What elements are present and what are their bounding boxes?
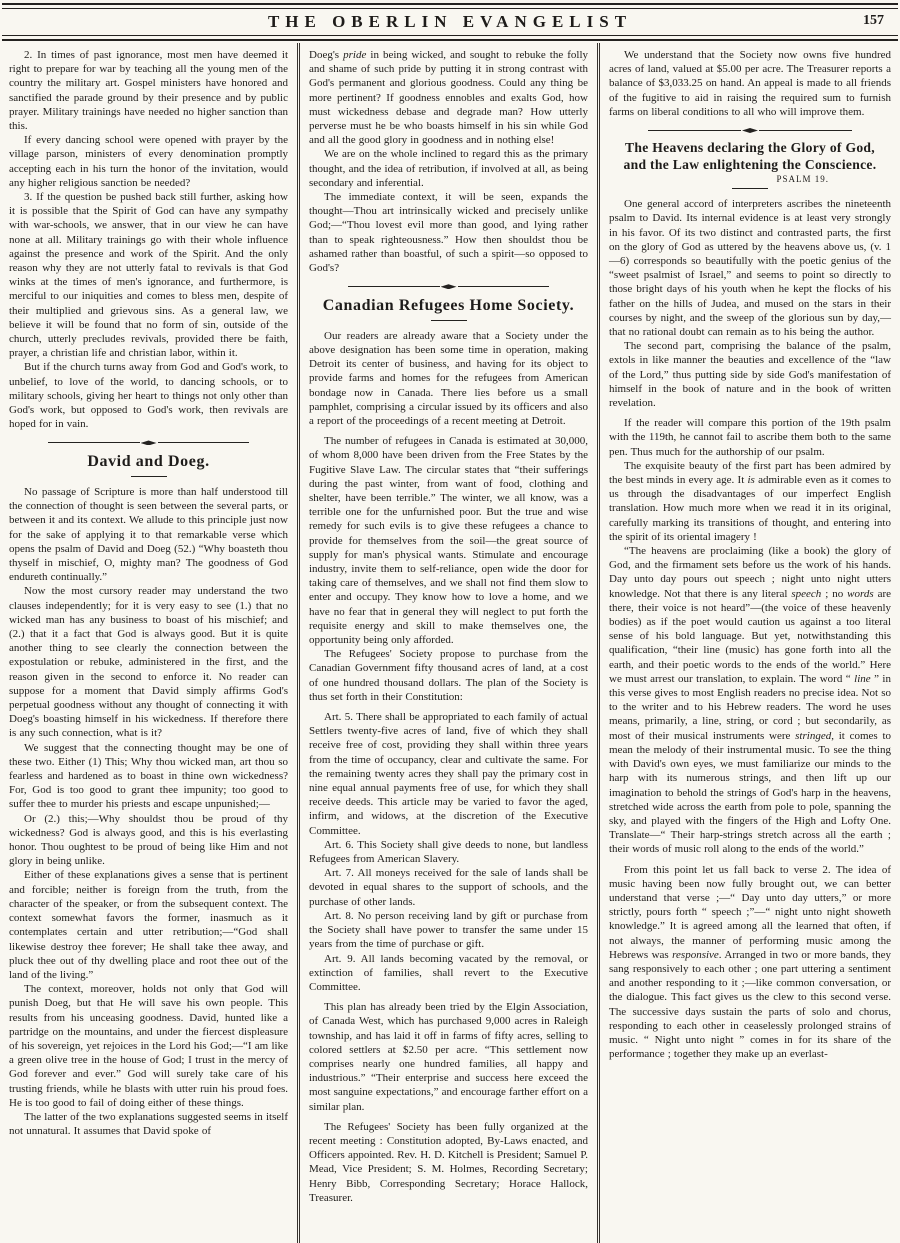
column-2: Doeg's pride in being wicked, and sought… <box>300 43 600 1243</box>
paragraph: We understand that the Society now owns … <box>609 48 891 119</box>
paragraph: No passage of Scripture is more than hal… <box>9 485 288 584</box>
paragraph: The immediate context, it will be seen, … <box>309 190 588 275</box>
divider-line <box>648 130 741 131</box>
scripture-reference: PSALM 19. <box>609 174 891 184</box>
divider-line <box>759 130 852 131</box>
paragraph: We are on the whole inclined to regard t… <box>309 147 588 190</box>
paragraph: This plan has already been tried by the … <box>309 1000 588 1114</box>
article-heading: David and Doeg. <box>9 452 288 472</box>
divider-line <box>158 442 249 443</box>
paragraph: But if the church turns away from God an… <box>9 360 288 431</box>
paragraph: The Refugees' Society has been fully org… <box>309 1120 588 1205</box>
paragraph: Doeg's pride in being wicked, and sought… <box>309 48 588 147</box>
paragraph: From this point let us fall back to vers… <box>609 863 891 1062</box>
paragraph: The latter of the two explanations sugge… <box>9 1110 288 1138</box>
masthead: THE OBERLIN EVANGELIST 157 <box>0 9 900 35</box>
paragraph: Our readers are already aware that a Soc… <box>309 329 588 428</box>
paragraph: Art. 6. This Society shall give deeds to… <box>309 838 588 866</box>
page-number: 157 <box>863 13 884 29</box>
paragraph: The number of refugees in Canada is esti… <box>309 434 588 647</box>
paragraph: Art. 7. All moneys received for the sale… <box>309 866 588 909</box>
masthead-bottom-rule <box>2 35 898 41</box>
paragraph: If the reader will compare this portion … <box>609 416 891 459</box>
heading-rule <box>131 476 167 477</box>
paragraph: The Refugees' Society propose to purchas… <box>309 647 588 704</box>
paragraph: 2. In times of past ignorance, most men … <box>9 48 288 133</box>
divider-line <box>458 286 549 287</box>
column-3: We understand that the Society now owns … <box>600 43 900 1243</box>
heading-rule <box>431 320 467 321</box>
paragraph: Art. 9. All lands becoming vacated by th… <box>309 952 588 995</box>
heading-rule <box>732 188 768 189</box>
section-divider <box>648 128 851 133</box>
paragraph: “The heavens are proclaiming (like a boo… <box>609 544 891 856</box>
newspaper-page: THE OBERLIN EVANGELIST 157 2. In times o… <box>0 0 900 1243</box>
column-1: 2. In times of past ignorance, most men … <box>0 43 300 1243</box>
diamond-ornament-icon <box>141 440 157 445</box>
paragraph: The context, moreover, holds not only th… <box>9 982 288 1110</box>
article-heading: Canadian Refugees Home Society. <box>309 296 588 316</box>
paragraph: Art. 8. No person receiving land by gift… <box>309 909 588 952</box>
article-heading: The Heavens declaring the Glory of God, … <box>609 140 891 173</box>
paragraph: Either of these explanations gives a sen… <box>9 868 288 982</box>
section-divider <box>48 440 249 445</box>
paragraph: 3. If the question be pushed back still … <box>9 190 288 360</box>
column-layout: 2. In times of past ignorance, most men … <box>0 43 900 1243</box>
divider-line <box>48 442 139 443</box>
section-divider <box>348 284 549 289</box>
paragraph: One general accord of interpreters ascri… <box>609 197 891 339</box>
paragraph: Or (2.) this;—Why shouldst thou be proud… <box>9 812 288 869</box>
divider-line <box>348 286 439 287</box>
diamond-ornament-icon <box>742 128 758 133</box>
paragraph: We suggest that the connecting thought m… <box>9 741 288 812</box>
diamond-ornament-icon <box>441 284 457 289</box>
paragraph: The second part, comprising the balance … <box>609 339 891 410</box>
paper-title: THE OBERLIN EVANGELIST <box>268 12 632 32</box>
paragraph: If every dancing school were opened with… <box>9 133 288 190</box>
paragraph: Art. 5. There shall be appropriated to e… <box>309 710 588 838</box>
paragraph: The exquisite beauty of the first part h… <box>609 459 891 544</box>
paragraph: Now the most cursory reader may understa… <box>9 584 288 740</box>
